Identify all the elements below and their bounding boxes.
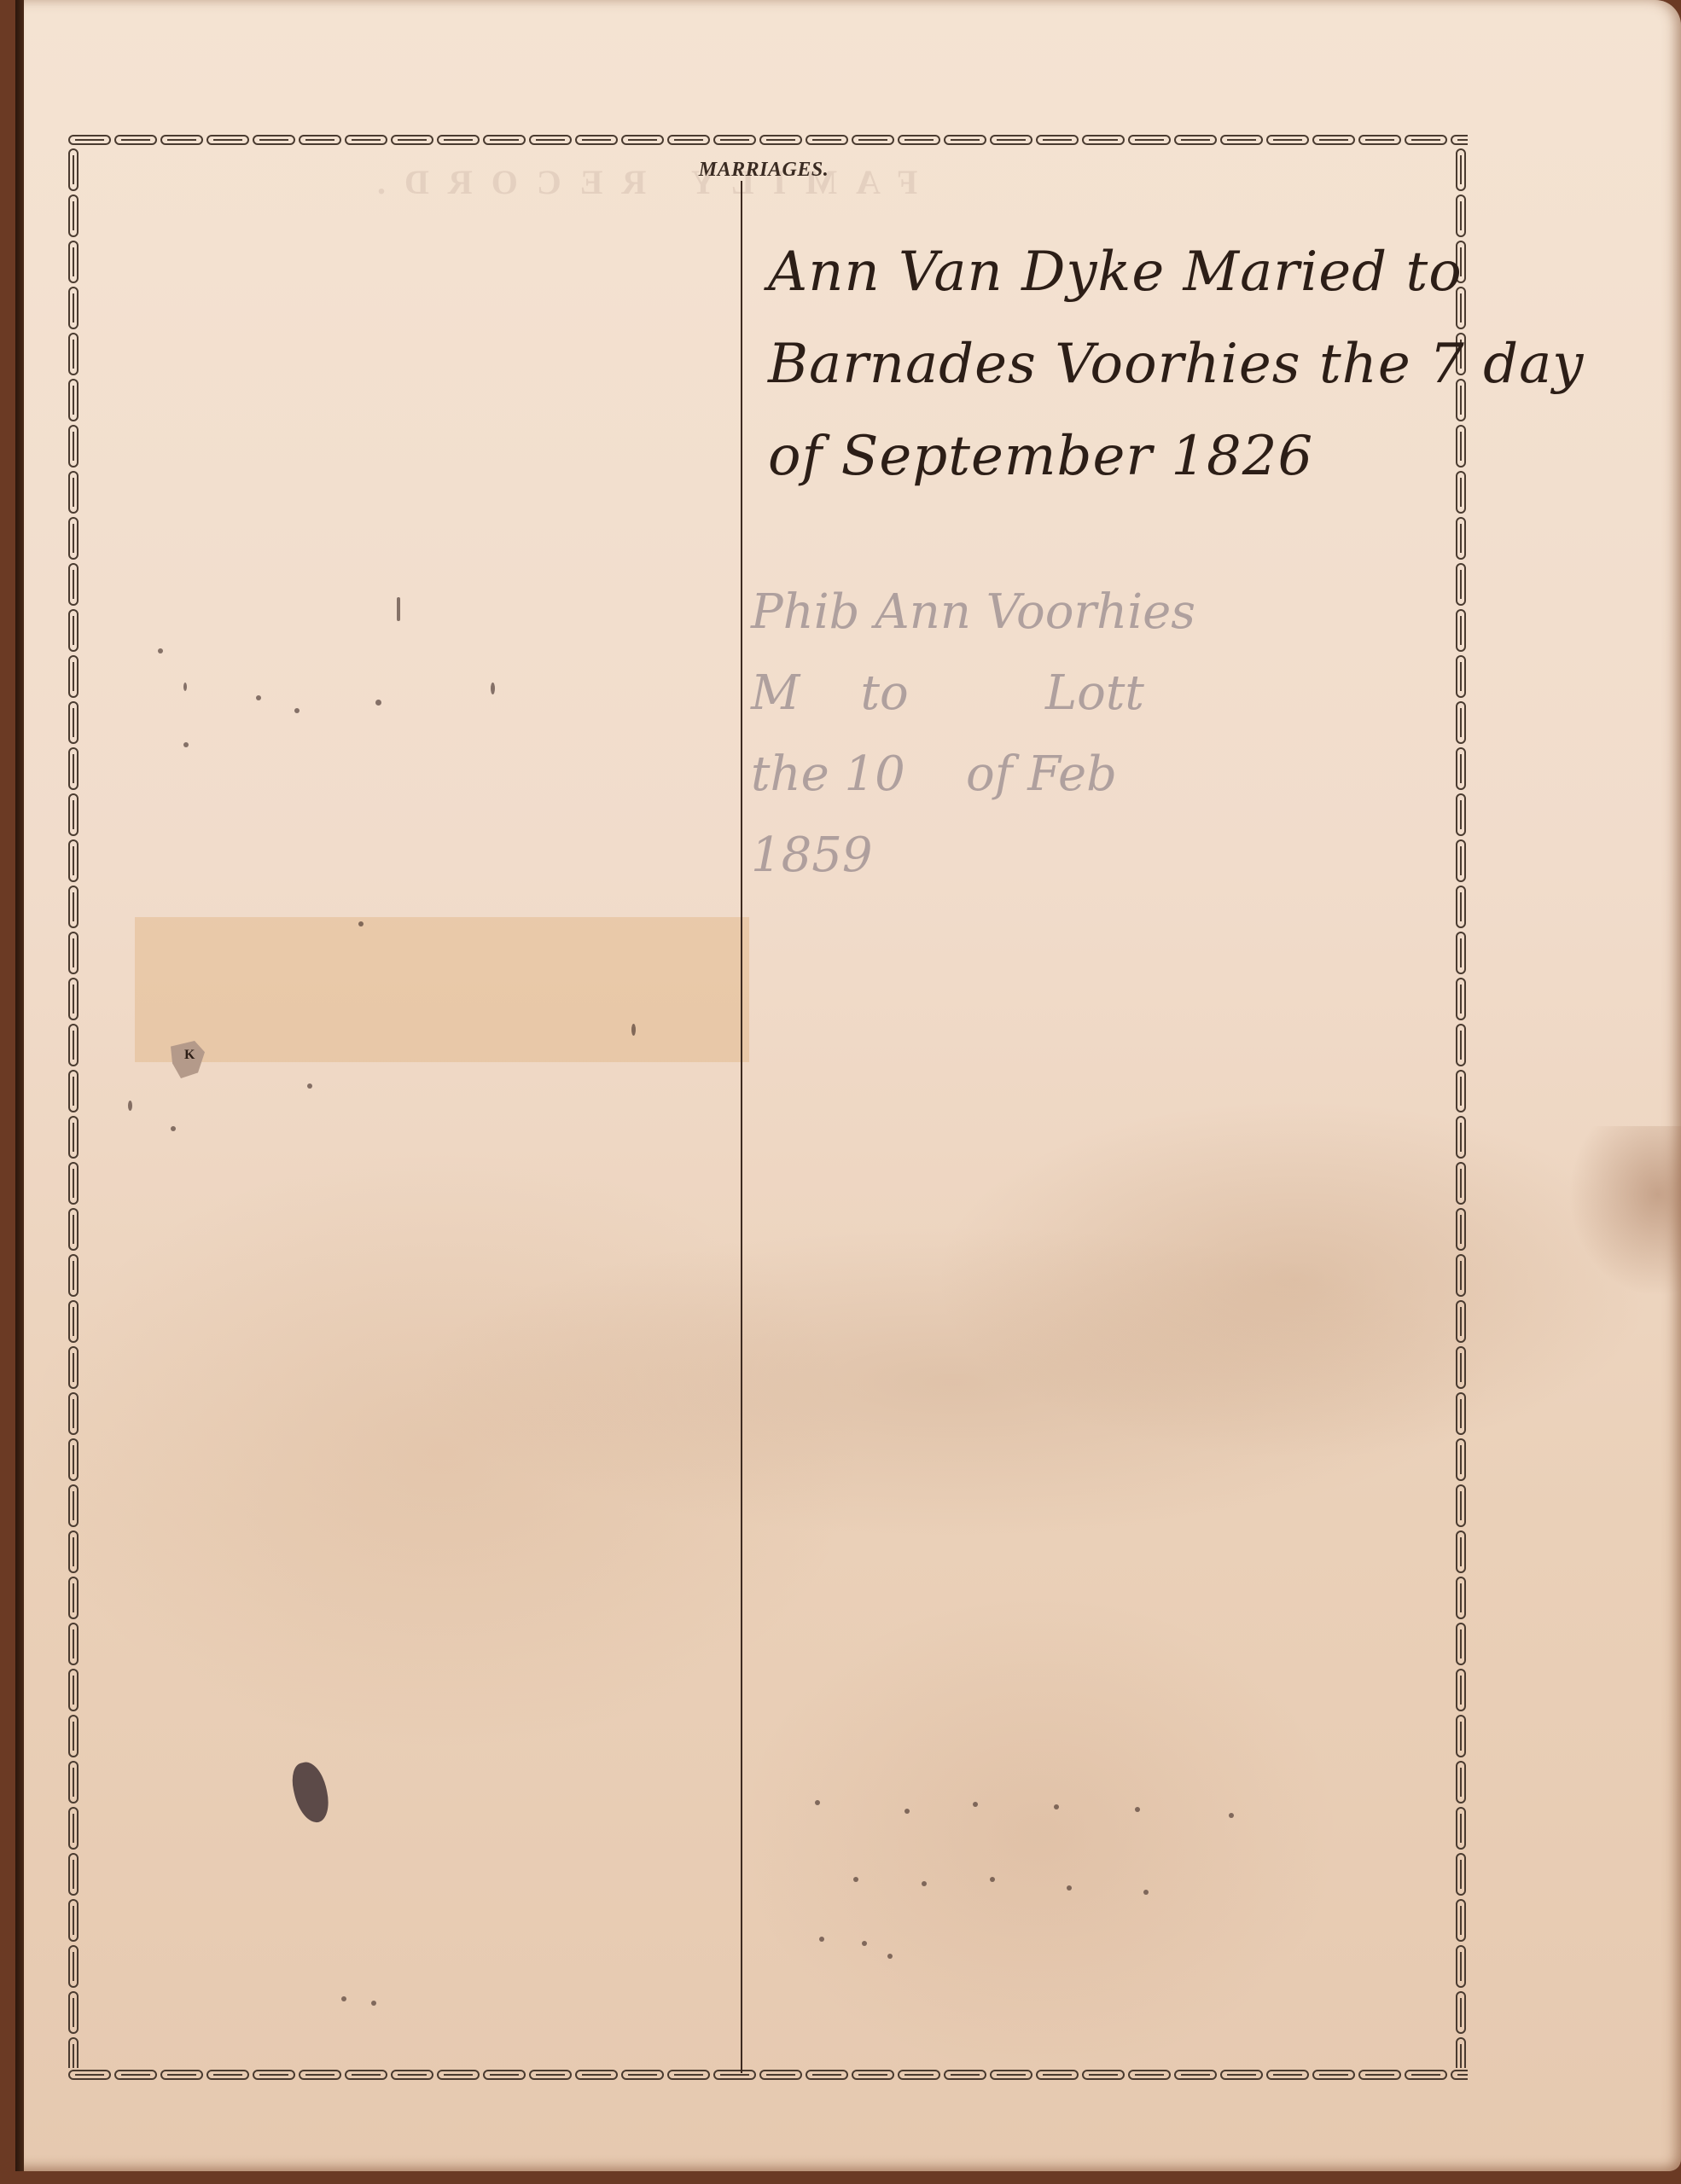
entry-line: the 10 of Feb — [751, 734, 1195, 815]
entry-line: Phib Ann Voorhies — [751, 572, 1195, 653]
column-divider — [741, 181, 742, 2073]
water-stain — [1568, 1126, 1681, 1297]
border-left — [68, 148, 80, 2068]
entry-line: of September 1826 — [768, 410, 1584, 502]
entry-line: M to Lott — [751, 653, 1195, 734]
border-top — [68, 135, 1468, 147]
entry-line: Ann Van Dyke Maried to — [768, 226, 1584, 318]
marriage-entry-1826: Ann Van Dyke Maried to Barnades Voorhies… — [768, 226, 1584, 502]
binding-edge — [15, 0, 24, 2171]
page-title: MARRIAGES. — [674, 159, 853, 182]
entry-line: 1859 — [751, 815, 1195, 896]
border-bottom — [68, 2070, 1468, 2082]
entry-line: Barnades Voorhies the 7 day — [768, 318, 1584, 410]
marriage-entry-1859: Phib Ann Voorhies M to Lott the 10 of Fe… — [751, 572, 1195, 896]
